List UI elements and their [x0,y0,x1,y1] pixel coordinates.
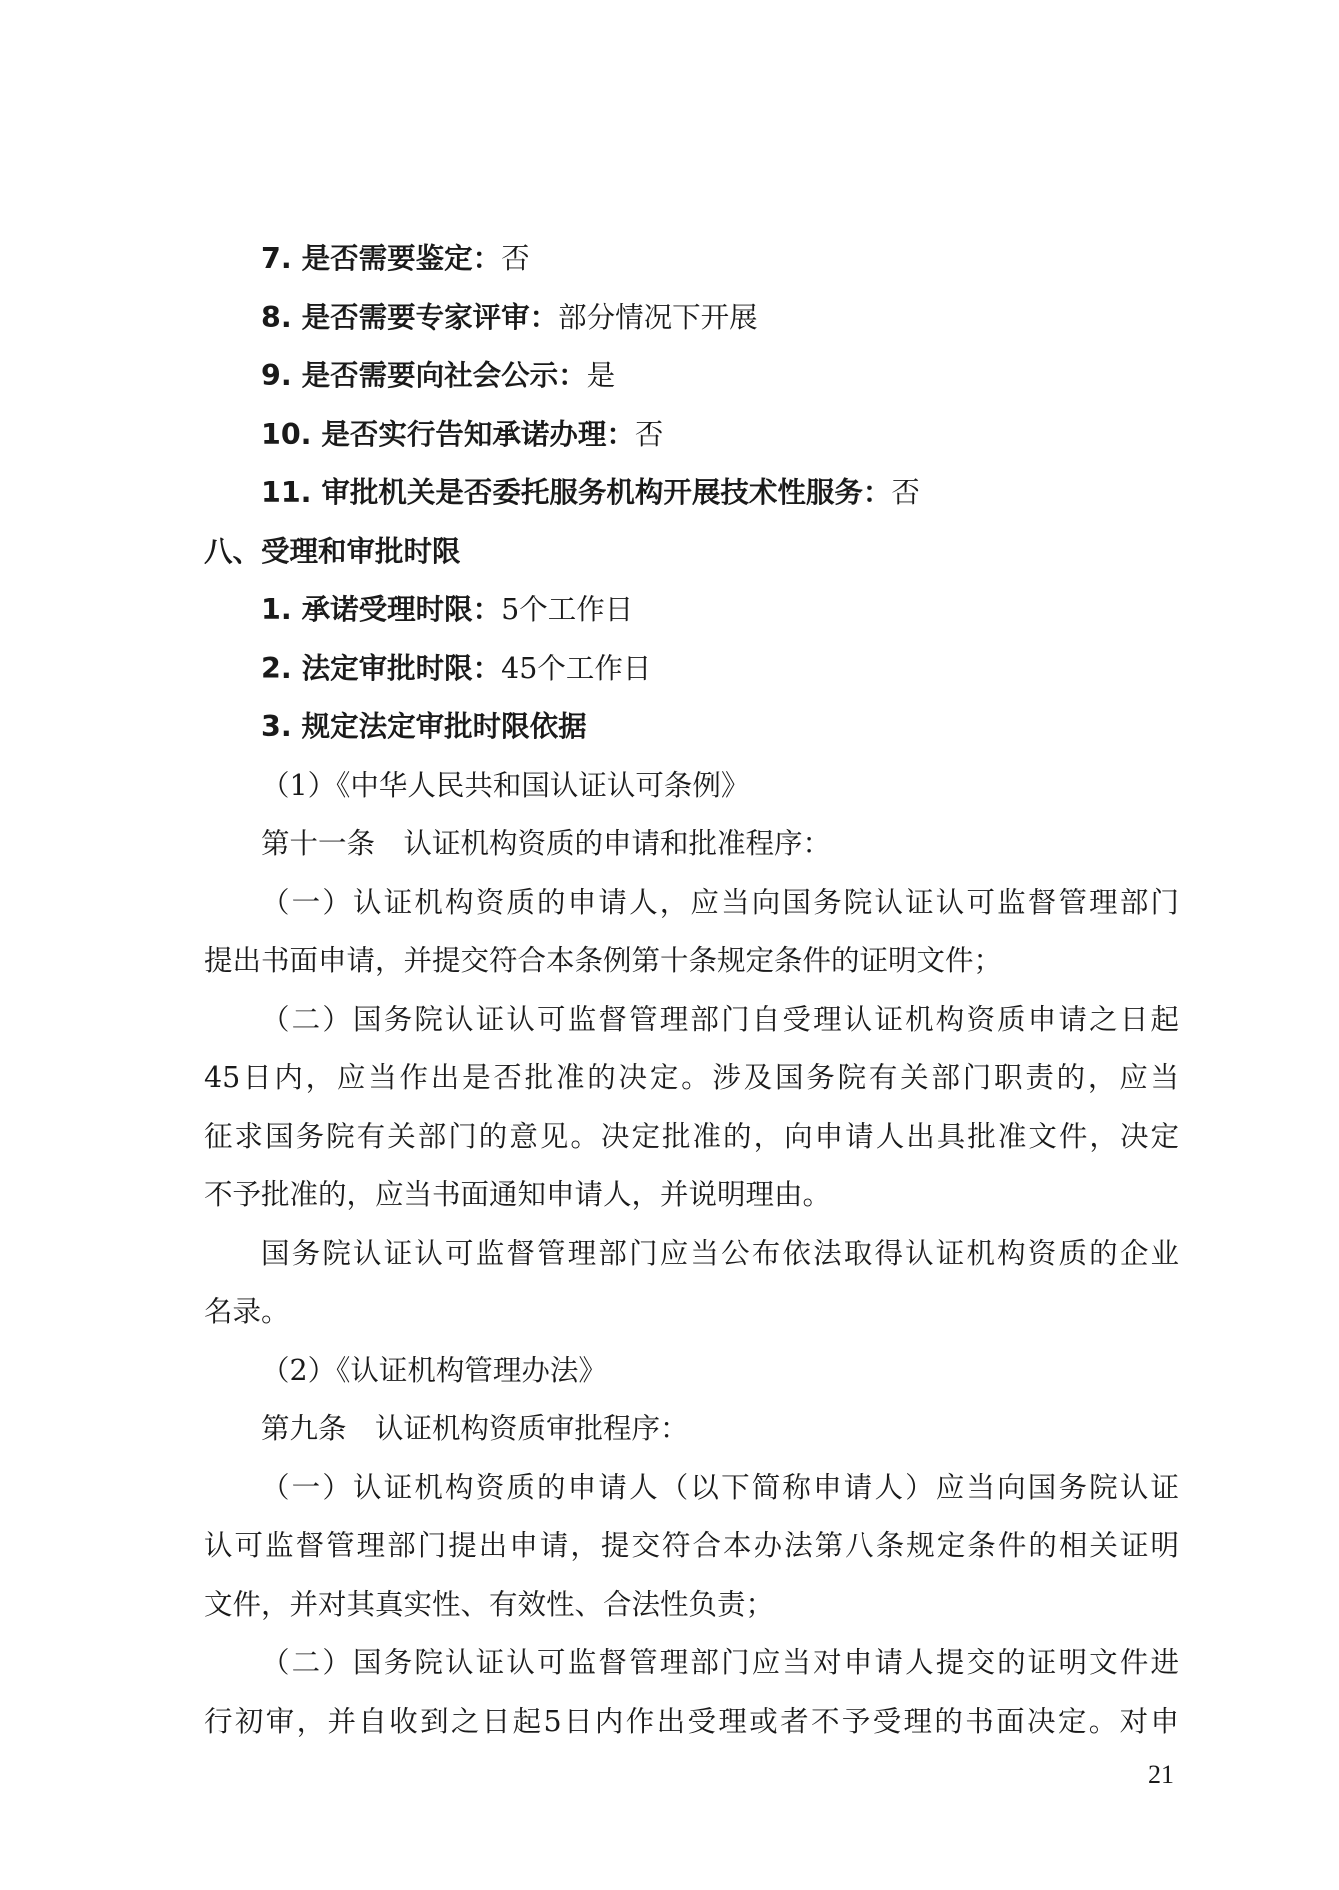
item-7: 7. 是否需要鉴定：否 [204,230,1179,289]
item-value: 部分情况下开展 [558,301,758,334]
page-number: 21 [1148,1760,1174,1790]
paragraph-line: （二）国务院认证认可监督管理部门应当对申请人提交的证明文件进 [204,1634,1179,1693]
item-label: 11. 审批机关是否委托服务机构开展技术性服务： [261,476,891,509]
item-label: 8. 是否需要专家评审： [261,301,558,334]
time-limit-item-3: 3. 规定法定审批时限依据 [204,698,1179,757]
time-limit-item-1: 1. 承诺受理时限：5个工作日 [204,581,1179,640]
paragraph-line: 名录。 [204,1283,1179,1342]
item-11: 11. 审批机关是否委托服务机构开展技术性服务：否 [204,464,1179,523]
item-label: 1. 承诺受理时限： [261,593,501,626]
item-value: 否 [635,418,664,451]
paragraph-line: （二）国务院认证认可监督管理部门自受理认证机构资质申请之日起 [204,991,1179,1050]
paragraph-line: 不予批准的，应当书面通知申请人，并说明理由。 [204,1166,1179,1225]
section-heading: 八、受理和审批时限 [204,523,1179,582]
article-heading: 第十一条 认证机构资质的申请和批准程序： [204,815,1179,874]
paragraph-line: 提出书面申请，并提交符合本条例第十条规定条件的证明文件； [204,932,1179,991]
item-10: 10. 是否实行告知承诺办理：否 [204,406,1179,465]
document-page: 7. 是否需要鉴定：否 8. 是否需要专家评审：部分情况下开展 9. 是否需要向… [204,230,1179,1751]
regulation-title: （1）《中华人民共和国认证认可条例》 [204,757,1179,816]
item-label: 10. 是否实行告知承诺办理： [261,418,635,451]
paragraph-line: 国务院认证认可监督管理部门应当公布依法取得认证机构资质的企业 [204,1225,1179,1284]
paragraph-line: 45日内，应当作出是否批准的决定。涉及国务院有关部门职责的，应当 [204,1049,1179,1108]
paragraph-line: 认可监督管理部门提出申请，提交符合本办法第八条规定条件的相关证明 [204,1517,1179,1576]
item-value: 5个工作日 [501,593,633,626]
paragraph-line: 行初审，并自收到之日起5日内作出受理或者不予受理的书面决定。对申 [204,1693,1179,1752]
item-value: 否 [891,476,920,509]
item-label: 2. 法定审批时限： [261,652,501,685]
item-label: 7. 是否需要鉴定： [261,242,501,275]
item-value: 45个工作日 [501,652,651,685]
item-value: 是 [587,359,616,392]
item-8: 8. 是否需要专家评审：部分情况下开展 [204,289,1179,348]
paragraph-line: （一）认证机构资质的申请人（以下简称申请人）应当向国务院认证 [204,1459,1179,1518]
paragraph-line: （一）认证机构资质的申请人，应当向国务院认证认可监督管理部门 [204,874,1179,933]
item-label: 9. 是否需要向社会公示： [261,359,587,392]
item-label: 3. 规定法定审批时限依据 [261,710,587,743]
paragraph-line: 文件，并对其真实性、有效性、合法性负责； [204,1576,1179,1635]
time-limit-item-2: 2. 法定审批时限：45个工作日 [204,640,1179,699]
regulation-title: （2）《认证机构管理办法》 [204,1342,1179,1401]
item-value: 否 [501,242,530,275]
article-heading: 第九条 认证机构资质审批程序： [204,1400,1179,1459]
item-9: 9. 是否需要向社会公示：是 [204,347,1179,406]
paragraph-line: 征求国务院有关部门的意见。决定批准的，向申请人出具批准文件，决定 [204,1108,1179,1167]
